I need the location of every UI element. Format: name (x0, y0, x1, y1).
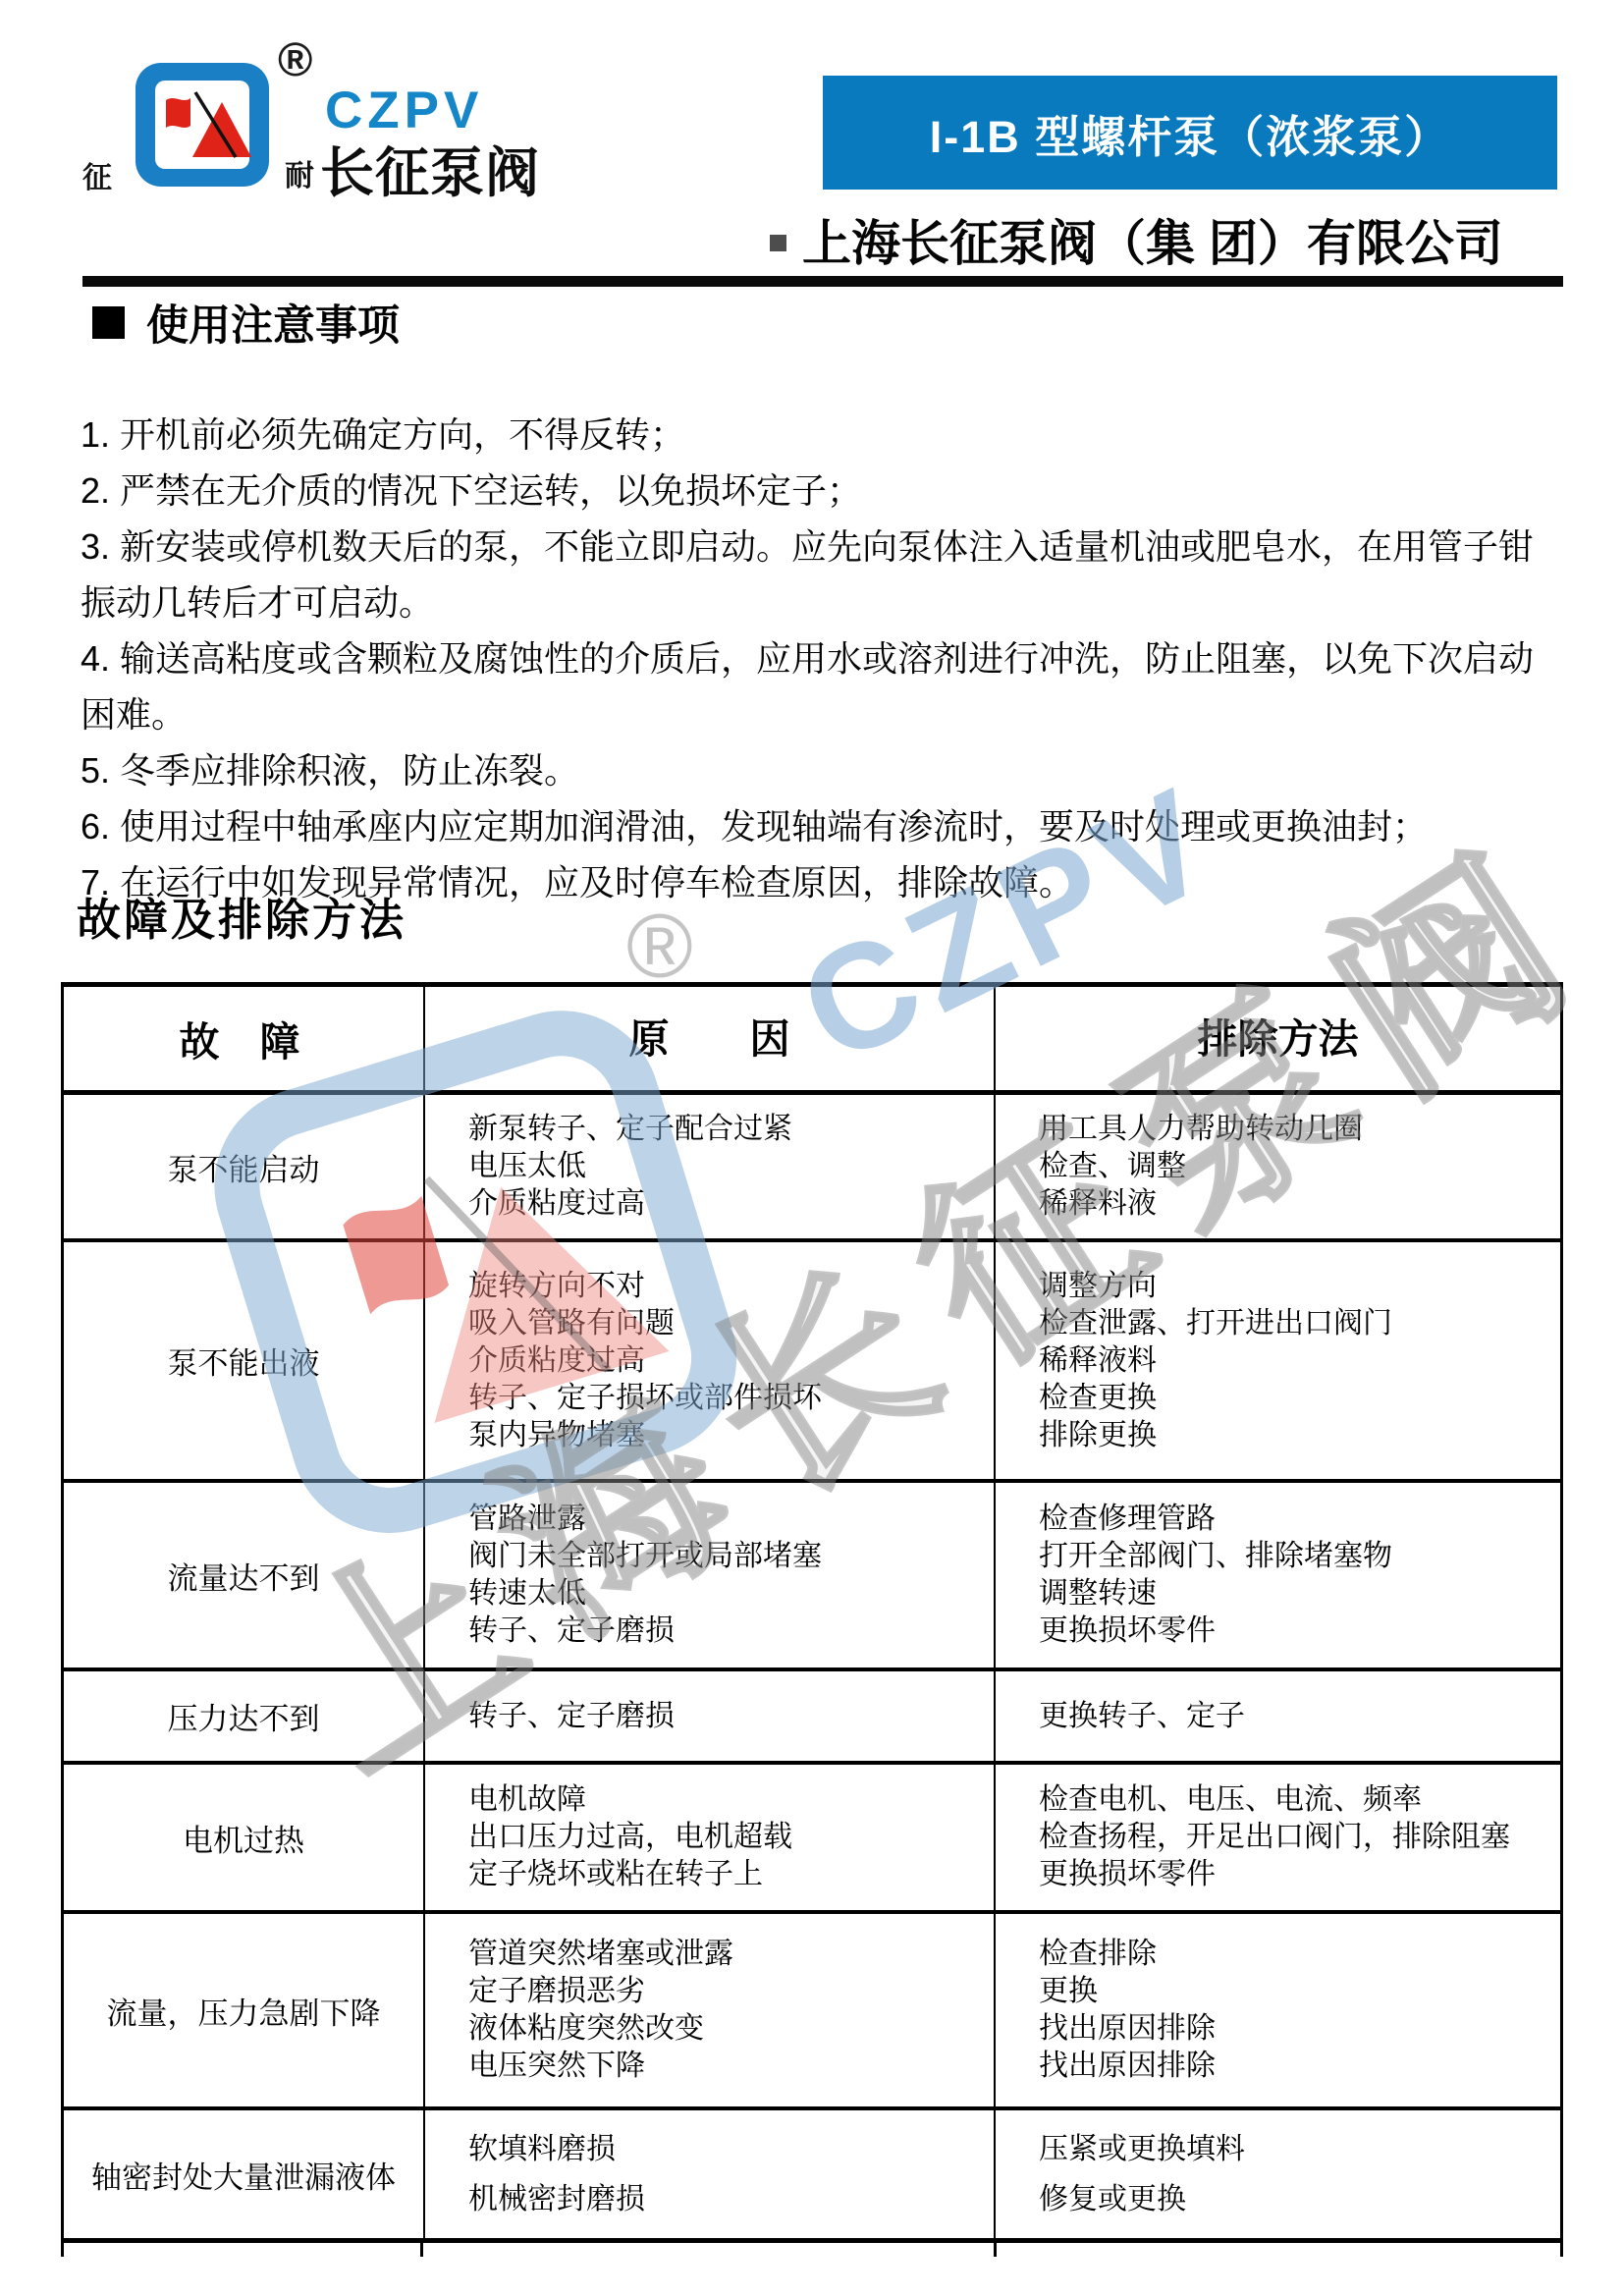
table-continuation-line (61, 2243, 64, 2257)
cause-cell-line: 机械密封磨损 (468, 2174, 994, 2224)
company-name-line: 上海长征泵阀（集 团）有限公司 (770, 204, 1503, 275)
table-continuation-line (420, 2243, 423, 2257)
cause-cell-line: 电机故障 (468, 1781, 994, 1819)
column-header-fault: 故 障 (64, 987, 423, 1090)
fault-cell: 压力达不到 (64, 1671, 423, 1761)
notice-item: 2. 严禁在无介质的情况下空运转，以免损坏定子； (81, 463, 1569, 519)
remedy-cell-line: 检查泄露、打开进出口阀门 (1039, 1305, 1560, 1342)
remedy-cell-line: 调整转速 (1039, 1575, 1560, 1613)
cause-cell-line: 管道突然堵塞或泄露 (468, 1936, 994, 1973)
faults-section-title: 故障及排除方法 (77, 884, 406, 948)
cause-cell-line: 吸入管路有问题 (468, 1305, 994, 1342)
fault-table-header-row: 故 障 原 因 排除方法 (64, 987, 1560, 1095)
remedy-cell-line: 检查、调整 (1039, 1148, 1560, 1185)
fault-cell: 轴密封处大量泄漏液体 (64, 2110, 423, 2238)
cause-cell-line: 软填料磨损 (468, 2124, 994, 2174)
notice-list: 1. 开机前必须先确定方向，不得反转；2. 严禁在无介质的情况下空运转，以免损坏… (81, 407, 1569, 910)
czpv-logo-icon (134, 61, 271, 189)
remedy-cell-line: 检查更换 (1039, 1380, 1560, 1417)
cause-cell-line: 转子、定子损坏或部件损坏 (468, 1380, 994, 1417)
cause-cell-line: 介质粘度过高 (468, 1185, 994, 1223)
fault-cell: 流量达不到 (64, 1483, 423, 1667)
fault-cell: 泵不能出液 (64, 1242, 423, 1479)
cause-cell-line: 介质粘度过高 (468, 1342, 994, 1380)
fault-cell-line: 电机过热 (183, 1816, 304, 1860)
remedy-cell: 调整方向检查泄露、打开进出口阀门稀释液料检查更换排除更换 (994, 1242, 1560, 1479)
fault-table: 故 障 原 因 排除方法 泵不能启动新泵转子、定子配合过紧电压太低介质粘度过高用… (61, 982, 1563, 2243)
cause-cell-line: 出口压力过高，电机超载 (468, 1819, 994, 1856)
logo-small-char-left: 征 (82, 153, 112, 196)
remedy-cell-line: 稀释料液 (1039, 1185, 1560, 1223)
fault-cell: 电机过热 (64, 1765, 423, 1910)
page-content: ® CZPV 长征泵阀 征 耐 I-1B 型螺杆泵（浓浆泵） 上海长征泵阀（集 … (0, 0, 1624, 2296)
logo-brand-chinese: 长征泵阀 (320, 130, 540, 207)
remedy-cell-line: 找出原因排除 (1039, 2010, 1560, 2048)
document-page: ® CZPV 长征泵阀 征 耐 I-1B 型螺杆泵（浓浆泵） 上海长征泵阀（集 … (0, 0, 1624, 2296)
fault-cell: 泵不能启动 (64, 1095, 423, 1238)
remedy-cell-line: 更换损坏零件 (1039, 1613, 1560, 1650)
remedy-cell-line: 检查修理管路 (1039, 1501, 1560, 1538)
cause-cell: 软填料磨损机械密封磨损 (423, 2110, 994, 2238)
remedy-cell-line: 找出原因排除 (1039, 2048, 1560, 2085)
logo-small-char-mid: 耐 (285, 151, 314, 194)
column-header-remedy: 排除方法 (994, 987, 1560, 1090)
table-row: 泵不能启动新泵转子、定子配合过紧电压太低介质粘度过高用工具人力帮助转动几圈检查、… (64, 1095, 1560, 1242)
registered-trademark-icon: ® (278, 33, 312, 87)
remedy-cell-line: 压紧或更换填料 (1039, 2124, 1560, 2174)
fault-cell-line: 流量，压力急剧下降 (107, 1989, 381, 2033)
section-square-icon (92, 306, 125, 339)
cause-cell-line: 转子、定子磨损 (468, 1613, 994, 1650)
table-continuation-line (994, 2243, 997, 2257)
notice-item: 3. 新安装或停机数天后的泵，不能立即启动。应先向泵体注入适量机油或肥皂水，在用… (81, 519, 1569, 630)
cause-cell: 电机故障出口压力过高，电机超载定子烧坏或粘在转子上 (423, 1765, 994, 1910)
cause-cell: 管道突然堵塞或泄露定子磨损恶劣液体粘度突然改变电压突然下降 (423, 1914, 994, 2106)
cause-cell: 管路泄露阀门未全部打开或局部堵塞转速太低转子、定子磨损 (423, 1483, 994, 1667)
cause-cell-line: 泵内异物堵塞 (468, 1417, 994, 1454)
company-bullet-icon (770, 235, 786, 251)
cause-cell-line: 管路泄露 (468, 1501, 994, 1538)
remedy-cell: 压紧或更换填料修复或更换 (994, 2110, 1560, 2238)
notice-item: 6. 使用过程中轴承座内应定期加润滑油，发现轴端有渗流时，要及时处理或更换油封； (81, 798, 1569, 854)
table-row: 电机过热电机故障出口压力过高，电机超载定子烧坏或粘在转子上检查电机、电压、电流、… (64, 1765, 1560, 1914)
remedy-cell-line: 排除更换 (1039, 1417, 1560, 1454)
notice-item: 4. 输送高粘度或含颗粒及腐蚀性的介质后，应用水或溶剂进行冲洗，防止阻塞，以免下… (81, 630, 1569, 742)
remedy-cell-line: 用工具人力帮助转动几圈 (1039, 1111, 1560, 1148)
cause-cell-line: 液体粘度突然改变 (468, 2010, 994, 2048)
remedy-cell-line: 稀释液料 (1039, 1342, 1560, 1380)
table-row: 流量达不到管路泄露阀门未全部打开或局部堵塞转速太低转子、定子磨损检查修理管路打开… (64, 1483, 1560, 1671)
remedy-cell-line: 更换 (1039, 1973, 1560, 2010)
model-banner: I-1B 型螺杆泵（浓浆泵） (823, 76, 1557, 190)
fault-cell-line: 压力达不到 (168, 1694, 320, 1738)
cause-cell-line: 定子磨损恶劣 (468, 1973, 994, 2010)
table-row: 泵不能出液旋转方向不对吸入管路有问题介质粘度过高转子、定子损坏或部件损坏泵内异物… (64, 1242, 1560, 1483)
remedy-cell-line: 打开全部阀门、排除堵塞物 (1039, 1538, 1560, 1575)
cause-cell-line: 定子烧坏或粘在转子上 (468, 1856, 994, 1893)
fault-cell-line: 轴密封处大量泄漏液体 (91, 2153, 396, 2197)
notice-item: 5. 冬季应排除积液，防止冻裂。 (81, 742, 1569, 798)
remedy-cell-line: 检查排除 (1039, 1936, 1560, 1973)
notice-title-text: 使用注意事项 (146, 293, 400, 353)
remedy-cell: 用工具人力帮助转动几圈检查、调整稀释料液 (994, 1095, 1560, 1238)
remedy-cell-line: 检查扬程，开足出口阀门，排除阻塞 (1039, 1819, 1560, 1856)
company-name: 上海长征泵阀（集 团）有限公司 (802, 204, 1503, 275)
remedy-cell-line: 调整方向 (1039, 1268, 1560, 1305)
cause-cell-line: 电压太低 (468, 1148, 994, 1185)
table-row: 流量，压力急剧下降管道突然堵塞或泄露定子磨损恶劣液体粘度突然改变电压突然下降检查… (64, 1914, 1560, 2110)
table-continuation-line (1560, 2243, 1563, 2257)
fault-cell-line: 泵不能启动 (168, 1145, 320, 1189)
header-divider (82, 276, 1563, 287)
remedy-cell: 检查修理管路打开全部阀门、排除堵塞物调整转速更换损坏零件 (994, 1483, 1560, 1667)
remedy-cell-line: 检查电机、电压、电流、频率 (1039, 1781, 1560, 1819)
remedy-cell-line: 更换损坏零件 (1039, 1856, 1560, 1893)
cause-cell-line: 旋转方向不对 (468, 1268, 994, 1305)
fault-cell-line: 泵不能出液 (168, 1339, 320, 1383)
table-row: 轴密封处大量泄漏液体软填料磨损机械密封磨损压紧或更换填料修复或更换 (64, 2110, 1560, 2238)
cause-cell-line: 阀门未全部打开或局部堵塞 (468, 1538, 994, 1575)
cause-cell: 新泵转子、定子配合过紧电压太低介质粘度过高 (423, 1095, 994, 1238)
remedy-cell: 检查排除更换找出原因排除找出原因排除 (994, 1914, 1560, 2106)
column-header-cause: 原 因 (423, 987, 994, 1090)
remedy-cell: 更换转子、定子 (994, 1671, 1560, 1761)
remedy-cell-line: 修复或更换 (1039, 2174, 1560, 2224)
model-banner-label: I-1B 型螺杆泵（浓浆泵） (930, 101, 1451, 165)
cause-cell-line: 新泵转子、定子配合过紧 (468, 1111, 994, 1148)
table-row: 压力达不到转子、定子磨损更换转子、定子 (64, 1671, 1560, 1765)
cause-cell-line: 转子、定子磨损 (468, 1698, 994, 1735)
notice-section-title: 使用注意事项 (92, 293, 400, 353)
remedy-cell: 检查电机、电压、电流、频率检查扬程，开足出口阀门，排除阻塞更换损坏零件 (994, 1765, 1560, 1910)
remedy-cell-line: 更换转子、定子 (1039, 1698, 1560, 1735)
cause-cell: 旋转方向不对吸入管路有问题介质粘度过高转子、定子损坏或部件损坏泵内异物堵塞 (423, 1242, 994, 1479)
notice-item: 1. 开机前必须先确定方向，不得反转； (81, 407, 1569, 463)
fault-cell-line: 流量达不到 (168, 1554, 320, 1598)
cause-cell: 转子、定子磨损 (423, 1671, 994, 1761)
cause-cell-line: 电压突然下降 (468, 2048, 994, 2085)
cause-cell-line: 转速太低 (468, 1575, 994, 1613)
fault-cell: 流量，压力急剧下降 (64, 1914, 423, 2106)
